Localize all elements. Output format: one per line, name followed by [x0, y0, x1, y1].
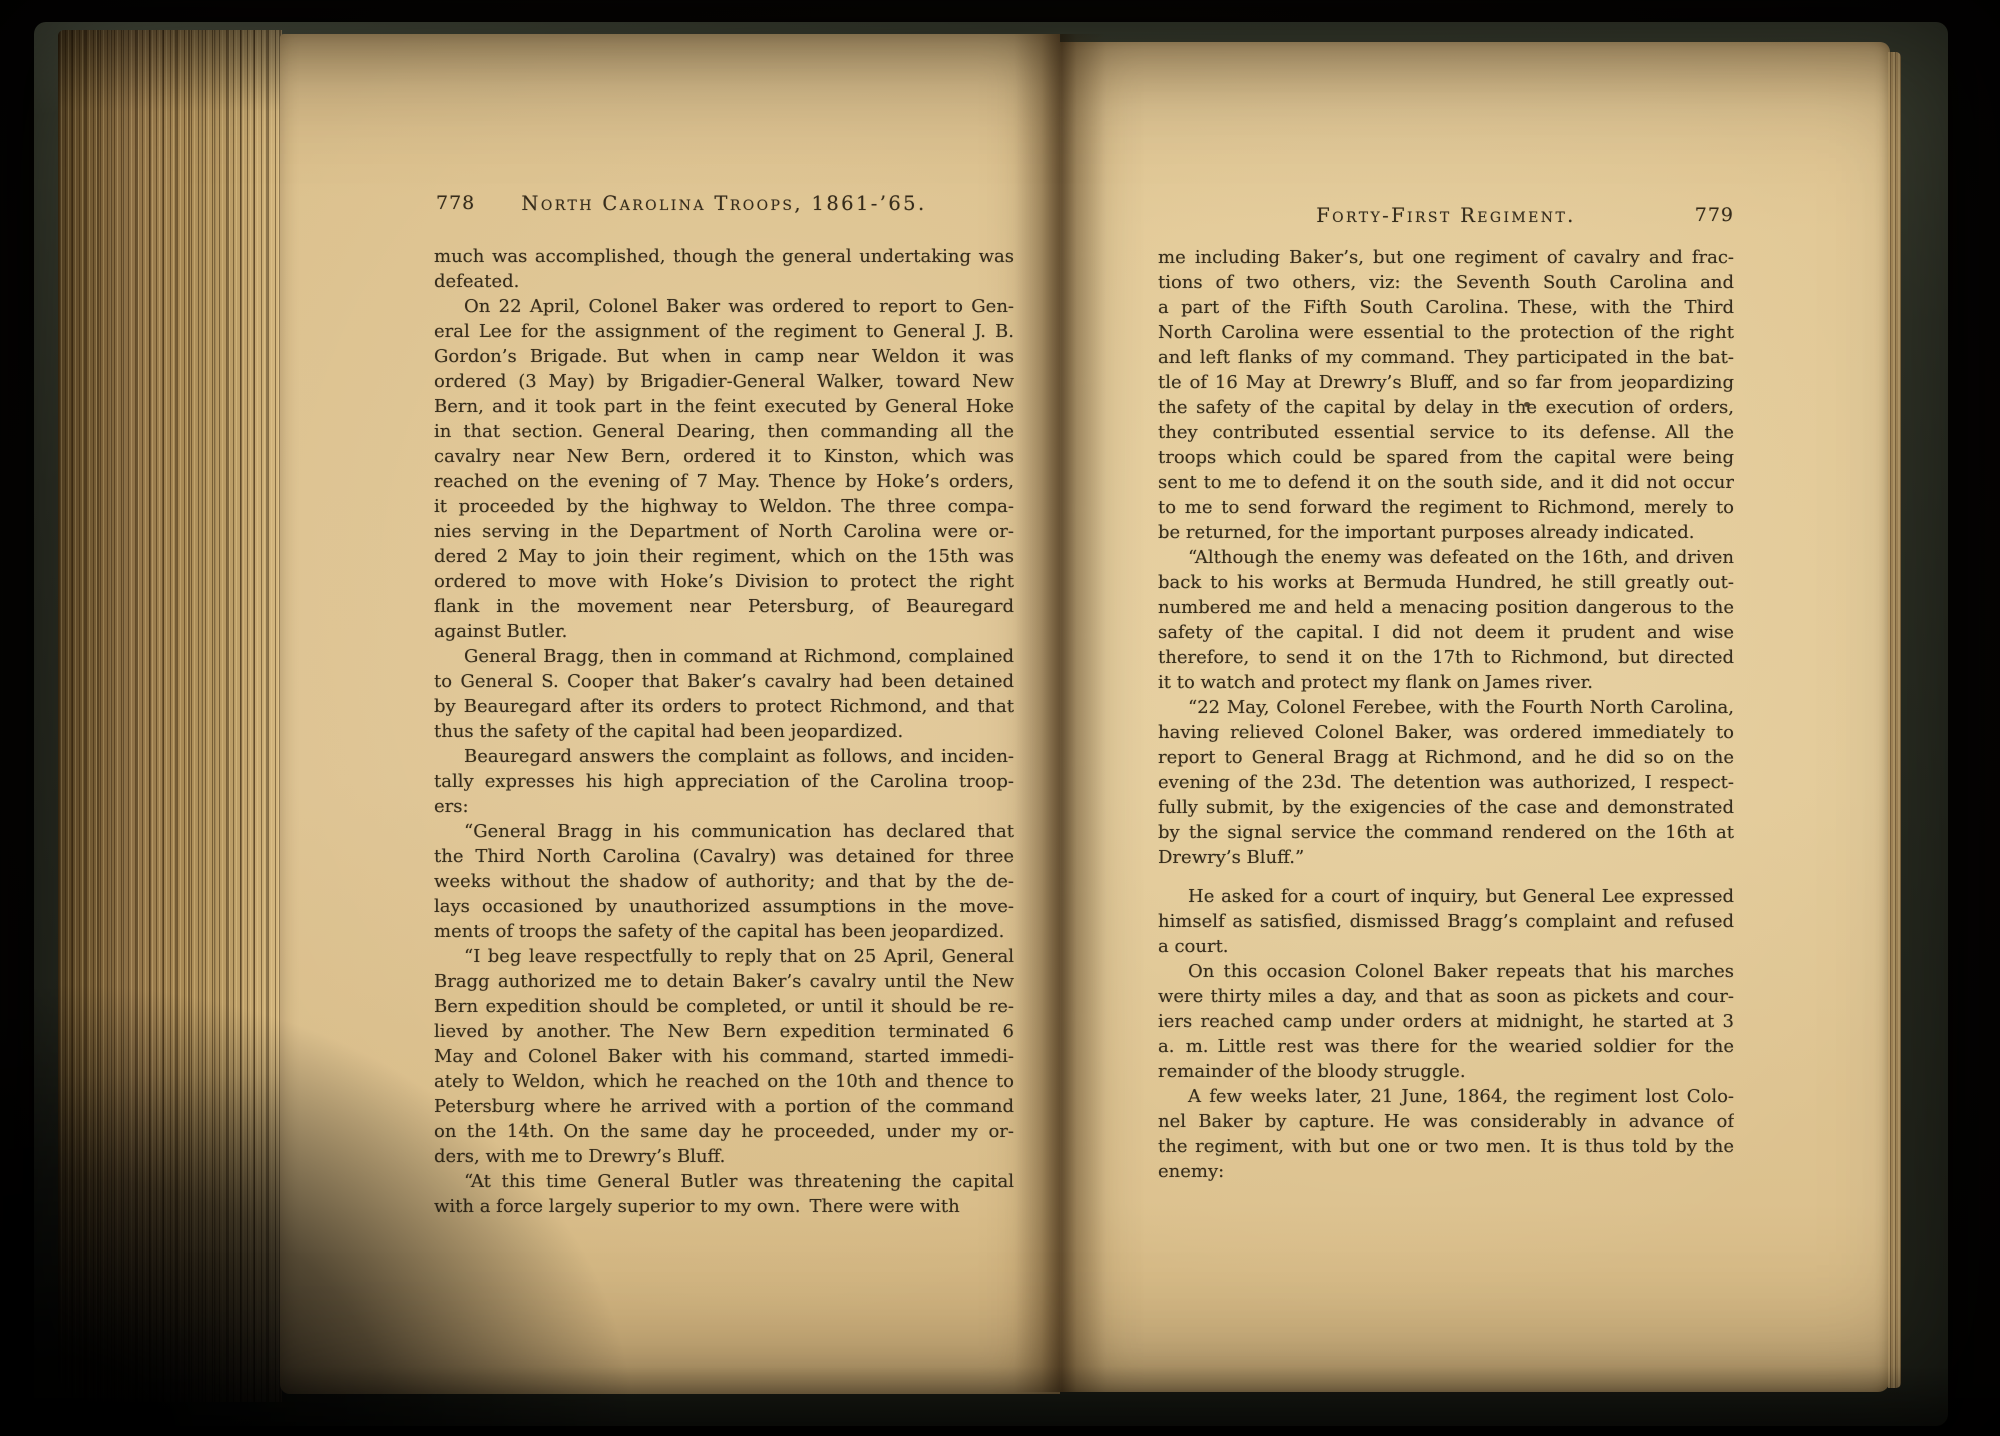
text-line: ately to Weldon, which he reached on the…	[434, 1069, 1014, 1094]
text-line: defeated.	[434, 269, 1014, 294]
text-line: Gordon’s Brigade. But when in camp near …	[434, 344, 1014, 369]
text-line: they contributed essential service to it…	[1158, 420, 1734, 445]
text-line: nel Baker by capture. He was considerabl…	[1158, 1109, 1734, 1134]
paragraph: “General Bragg in his communication has …	[434, 819, 1014, 944]
text-line: a part of the Fifth South Carolina. Thes…	[1158, 295, 1734, 320]
left-running-header: North Carolina Troops, 1861-’65.	[434, 192, 1014, 215]
text-line: report to General Bragg at Richmond, and…	[1158, 745, 1734, 770]
text-line: having relieved Colonel Baker, was order…	[1158, 720, 1734, 745]
text-line: ordered (3 May) by Brigadier-General Wal…	[434, 369, 1014, 394]
text-line: against Butler.	[434, 619, 1014, 644]
book-scan-photo: 778 North Carolina Troops, 1861-’65. muc…	[0, 0, 2000, 1436]
text-line: ers:	[434, 794, 1014, 819]
text-line: reached on the evening of 7 May. Thence …	[434, 469, 1014, 494]
text-line: by the signal service the command render…	[1158, 820, 1734, 845]
text-line: ders, with me to Drewry’s Bluff.	[434, 1144, 1014, 1169]
right-page-number: 779	[1695, 204, 1734, 226]
text-line: it to watch and protect my flank on Jame…	[1158, 670, 1734, 695]
text-line: tle of 16 May at Drewry’s Bluff, and so …	[1158, 370, 1734, 395]
text-line: “I beg leave respectfully to reply that …	[434, 944, 1014, 969]
paragraph: A few weeks later, 21 June, 1864, the re…	[1158, 1084, 1734, 1184]
text-line: a. m. Little rest was there for the wear…	[1158, 1034, 1734, 1059]
text-line: May and Colonel Baker with his command, …	[434, 1044, 1014, 1069]
text-line: Bern, and it took part in the feint exec…	[434, 394, 1014, 419]
paragraph: “At this time General Butler was threate…	[434, 1169, 1014, 1219]
text-line: troops which could be spared from the ca…	[1158, 445, 1734, 470]
text-line: safety of the capital. I did not deem it…	[1158, 620, 1734, 645]
left-page: 778 North Carolina Troops, 1861-’65. muc…	[280, 34, 1060, 1394]
text-line: enemy:	[1158, 1159, 1734, 1184]
text-line: tally expresses his high appreciation of…	[434, 769, 1014, 794]
text-line: nies serving in the Department of North …	[434, 519, 1014, 544]
text-line: ments of troops the safety of the capita…	[434, 919, 1014, 944]
paragraph: On this occasion Colonel Baker repeats t…	[1158, 959, 1734, 1084]
text-line: Petersburg where he arrived with a porti…	[434, 1094, 1014, 1119]
text-line: flank in the movement near Petersburg, o…	[434, 594, 1014, 619]
left-page-body: much was accomplished, though the genera…	[434, 244, 1014, 1219]
paragraph: On 22 April, Colonel Baker was ordered t…	[434, 294, 1014, 644]
text-line: iers reached camp under orders at midnig…	[1158, 1009, 1734, 1034]
paragraph: “22 May, Colonel Ferebee, with the Fourt…	[1158, 695, 1734, 870]
text-line: “General Bragg in his communication has …	[434, 819, 1014, 844]
text-line: “At this time General Butler was threate…	[434, 1169, 1014, 1194]
ink-blot	[1524, 402, 1530, 407]
text-line: lays occasioned by unauthorized assumpti…	[434, 894, 1014, 919]
text-line: to me to send forward the regiment to Ri…	[1158, 495, 1734, 520]
paragraph: General Bragg, then in command at Richmo…	[434, 644, 1014, 744]
right-running-header: Forty-First Regiment.	[1158, 204, 1734, 227]
text-line: cavalry near New Bern, ordered it to Kin…	[434, 444, 1014, 469]
text-line: fully submit, by the exigencies of the c…	[1158, 795, 1734, 820]
paragraph: me including Baker’s, but one regiment o…	[1158, 245, 1734, 545]
right-page: Forty-First Regiment. 779 me including B…	[1060, 42, 1890, 1392]
page-stack-fore-edge	[58, 30, 282, 1402]
paragraph: “Although the enemy was defeated on the …	[1158, 545, 1734, 695]
text-line: He asked for a court of inquiry, but Gen…	[1158, 884, 1734, 909]
text-line: be returned, for the important purposes …	[1158, 520, 1734, 545]
text-line: much was accomplished, though the genera…	[434, 244, 1014, 269]
text-line: remainder of the bloody struggle.	[1158, 1059, 1734, 1084]
text-line: Beauregard answers the complaint as foll…	[434, 744, 1014, 769]
paragraph: Beauregard answers the complaint as foll…	[434, 744, 1014, 819]
right-page-body: me including Baker’s, but one regiment o…	[1158, 245, 1734, 1184]
text-line: with a force largely superior to my own.…	[434, 1194, 1014, 1219]
text-line: numbered me and held a menacing position…	[1158, 595, 1734, 620]
text-line: ordered to move with Hoke’s Division to …	[434, 569, 1014, 594]
paragraph: “I beg leave respectfully to reply that …	[434, 944, 1014, 1169]
text-line: On 22 April, Colonel Baker was ordered t…	[434, 294, 1014, 319]
right-page-header: Forty-First Regiment. 779	[1158, 204, 1734, 227]
right-page-edges	[1888, 52, 1901, 1388]
paragraph: much was accomplished, though the genera…	[434, 244, 1014, 294]
text-line: were thirty miles a day, and that as soo…	[1158, 984, 1734, 1009]
text-line: it proceeded by the highway to Weldon. T…	[434, 494, 1014, 519]
text-line: therefore, to send it on the 17th to Ric…	[1158, 645, 1734, 670]
text-line: Bern expedition should be completed, or …	[434, 994, 1014, 1019]
text-line: weeks without the shadow of authority; a…	[434, 869, 1014, 894]
text-line: a court.	[1158, 934, 1734, 959]
text-line: by Beauregard after its orders to protec…	[434, 694, 1014, 719]
text-line: lieved by another. The New Bern expediti…	[434, 1019, 1014, 1044]
text-line: and left flanks of my command. They part…	[1158, 345, 1734, 370]
text-line: dered 2 May to join their regiment, whic…	[434, 544, 1014, 569]
text-line: the regiment, with but one or two men. I…	[1158, 1134, 1734, 1159]
left-page-number: 778	[436, 192, 475, 214]
text-line: “22 May, Colonel Ferebee, with the Fourt…	[1158, 695, 1734, 720]
text-line: Drewry’s Bluff.”	[1158, 845, 1734, 870]
text-line: in that section. General Dearing, then c…	[434, 419, 1014, 444]
text-line: Bragg authorized me to detain Baker’s ca…	[434, 969, 1014, 994]
text-line: “Although the enemy was defeated on the …	[1158, 545, 1734, 570]
text-line: the safety of the capital by delay in th…	[1158, 395, 1734, 420]
text-line: to General S. Cooper that Baker’s cavalr…	[434, 669, 1014, 694]
paragraph: He asked for a court of inquiry, but Gen…	[1158, 884, 1734, 959]
text-line: himself as satisfied, dismissed Bragg’s …	[1158, 909, 1734, 934]
text-line: back to his works at Bermuda Hundred, he…	[1158, 570, 1734, 595]
text-line: eral Lee for the assignment of the regim…	[434, 319, 1014, 344]
left-page-header: 778 North Carolina Troops, 1861-’65.	[434, 192, 1014, 215]
text-line: thus the safety of the capital had been …	[434, 719, 1014, 744]
text-line: North Carolina were essential to the pro…	[1158, 320, 1734, 345]
text-line: sent to me to defend it on the south sid…	[1158, 470, 1734, 495]
text-line: tions of two others, viz: the Seventh So…	[1158, 270, 1734, 295]
text-line: A few weeks later, 21 June, 1864, the re…	[1158, 1084, 1734, 1109]
text-line: on the 14th. On the same day he proceede…	[434, 1119, 1014, 1144]
text-line: General Bragg, then in command at Richmo…	[434, 644, 1014, 669]
text-line: evening of the 23d. The detention was au…	[1158, 770, 1734, 795]
text-line: the Third North Carolina (Cavalry) was d…	[434, 844, 1014, 869]
text-line: On this occasion Colonel Baker repeats t…	[1158, 959, 1734, 984]
text-line: me including Baker’s, but one regiment o…	[1158, 245, 1734, 270]
